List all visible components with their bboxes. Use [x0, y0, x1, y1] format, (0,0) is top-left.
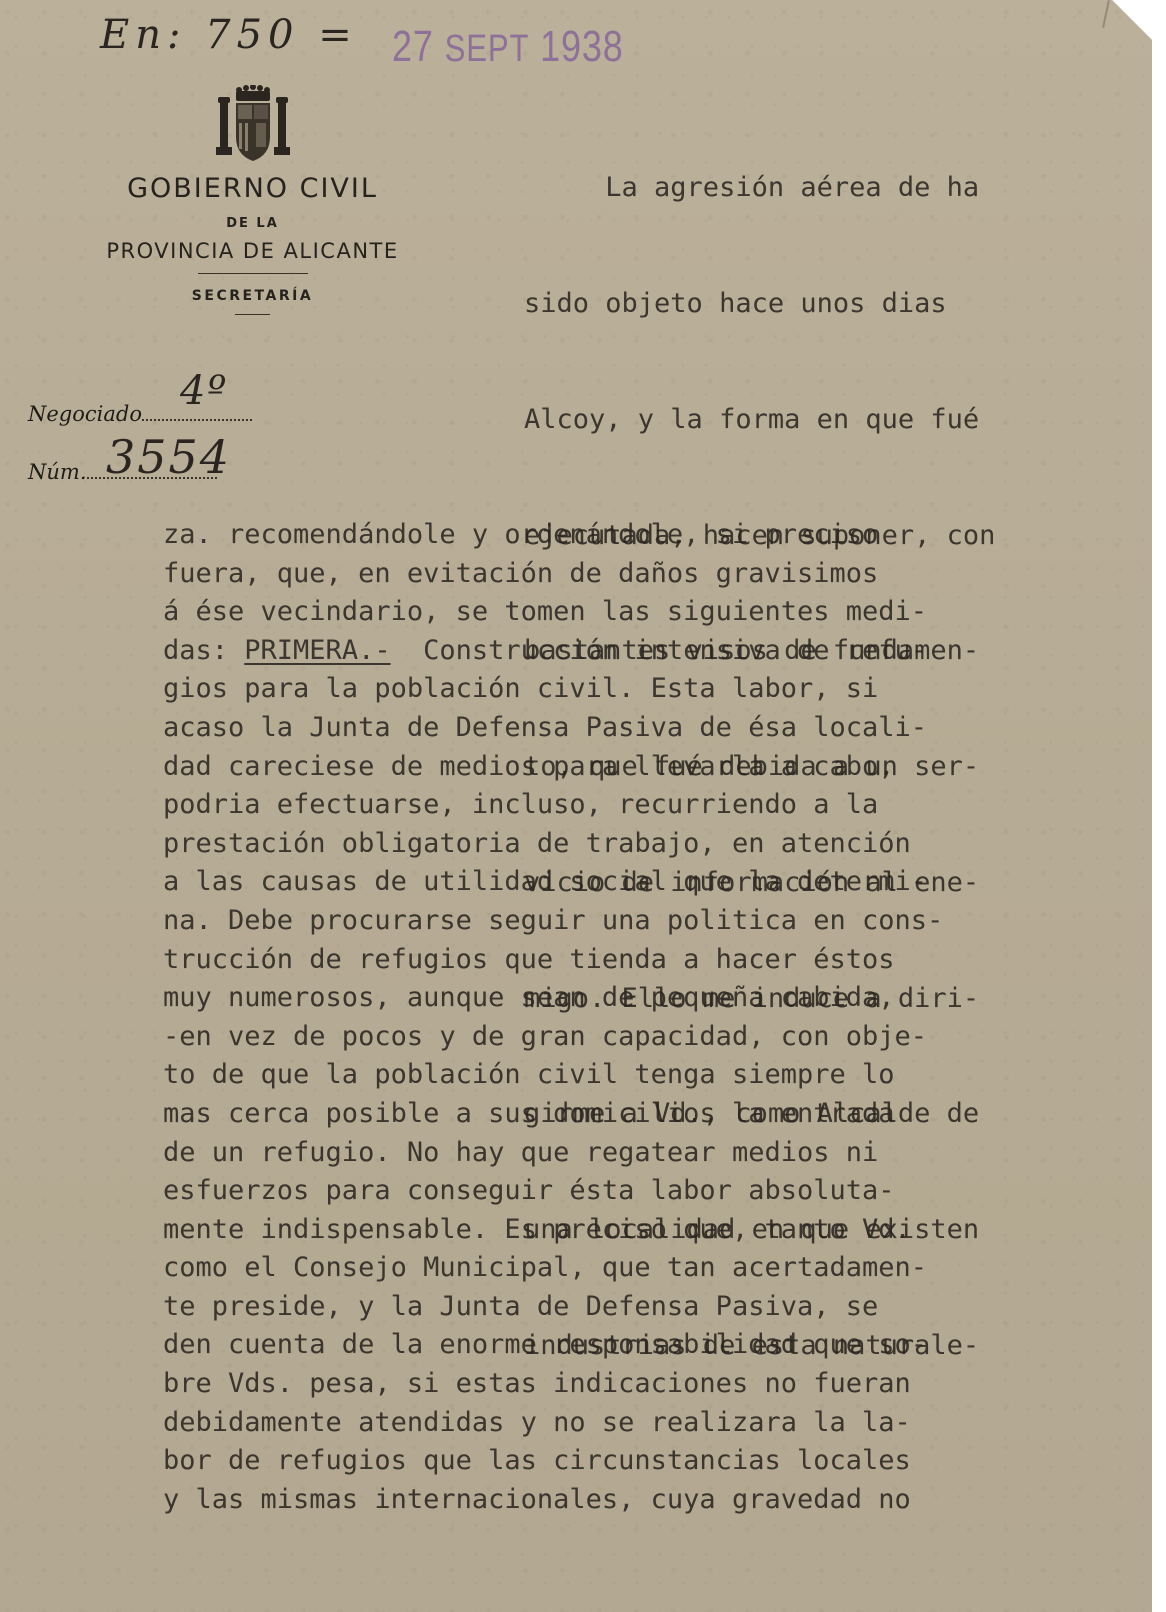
text-line: bre Vds. pesa, si estas indicaciones no … — [163, 1365, 943, 1404]
typed-body-full-width: za. recomendándole y ordenándole, si pre… — [163, 516, 943, 1519]
text-segment: das: — [163, 635, 244, 666]
text-segment: acaso la Junta de Defensa Pasiva de ésa … — [163, 712, 927, 743]
text-line: to de que la población civil tenga siemp… — [163, 1056, 943, 1095]
text-segment: to de que la población civil tenga siemp… — [163, 1059, 895, 1090]
stamp-month: SEPT — [445, 28, 530, 70]
handwritten-reference: En: 750 = — [100, 12, 358, 58]
text-segment: á ése vecindario, se tomen las siguiente… — [163, 596, 927, 627]
text-segment: te preside, y la Junta de Defensa Pasiva… — [163, 1291, 878, 1322]
letterhead-title: GOBIERNO CIVIL — [60, 173, 445, 204]
text-line: mas cerca posible a sus domicilios la en… — [163, 1095, 943, 1134]
spanish-coat-of-arms-icon — [208, 85, 298, 165]
text-line: bor de refugios que las circunstancias l… — [163, 1442, 943, 1481]
text-line: de un refugio. No hay que regatear medio… — [163, 1134, 943, 1173]
letterhead-subtitle: DE LA — [60, 216, 445, 231]
text-line: esfuerzos para conseguir ésta labor abso… — [163, 1172, 943, 1211]
text-segment: de un refugio. No hay que regatear medio… — [163, 1137, 878, 1168]
text-line: La agresión aérea de ha — [524, 169, 995, 208]
negociado-label: Negociado — [28, 402, 142, 426]
text-segment: y las mismas internacionales, cuya grave… — [163, 1484, 911, 1515]
text-segment: prestación obligatoria de trabajo, en at… — [163, 828, 911, 859]
text-line: na. Debe procurarse seguir una politica … — [163, 902, 943, 941]
letterhead-divider — [198, 273, 308, 274]
text-segment: bor de refugios que las circunstancias l… — [163, 1445, 911, 1476]
negociado-dotted-line — [142, 419, 252, 421]
date-stamp: 27 SEPT 1938 — [392, 22, 624, 72]
text-line: como el Consejo Municipal, que tan acert… — [163, 1249, 943, 1288]
numero-value: 3554 — [106, 430, 231, 484]
stamp-day: 27 — [392, 22, 434, 71]
text-segment: mas cerca posible a sus domicilios la en… — [163, 1098, 895, 1129]
stamp-year: 1938 — [540, 22, 624, 71]
text-segment: dad careciese de medios para llevarla a … — [163, 751, 895, 782]
text-line: trucción de refugios que tienda a hacer … — [163, 941, 943, 980]
text-segment: a las causas de utilidad social que la d… — [163, 866, 927, 897]
text-segment: Construcción intensiva de refu- — [391, 635, 927, 666]
text-line: gios para la población civil. Esta labor… — [163, 670, 943, 709]
text-line: den cuenta de la enorme responsabilidad … — [163, 1326, 943, 1365]
underlined-heading: PRIMERA.- — [244, 635, 390, 666]
letterhead-province: PROVINCIA DE ALICANTE — [60, 239, 445, 263]
text-line: acaso la Junta de Defensa Pasiva de ésa … — [163, 709, 943, 748]
text-segment: trucción de refugios que tienda a hacer … — [163, 944, 895, 975]
text-line: za. recomendándole y ordenándole, si pre… — [163, 516, 943, 555]
numero-label: Núm. — [28, 460, 87, 484]
text-segment: -en vez de pocos y de gran capacidad, co… — [163, 1021, 927, 1052]
text-line: te preside, y la Junta de Defensa Pasiva… — [163, 1288, 943, 1327]
negociado-value: 4º — [180, 368, 228, 414]
text-segment: bre Vds. pesa, si estas indicaciones no … — [163, 1368, 911, 1399]
text-segment: como el Consejo Municipal, que tan acert… — [163, 1252, 927, 1283]
text-segment: den cuenta de la enorme responsabilidad … — [163, 1329, 927, 1360]
text-segment: fuera, que, en evitación de daños gravis… — [163, 558, 878, 589]
text-segment: na. Debe procurarse seguir una politica … — [163, 905, 943, 936]
text-line: á ése vecindario, se tomen las siguiente… — [163, 593, 943, 632]
text-segment: gios para la población civil. Esta labor… — [163, 673, 878, 704]
text-line: y las mismas internacionales, cuya grave… — [163, 1481, 943, 1520]
text-line: prestación obligatoria de trabajo, en at… — [163, 825, 943, 864]
text-line: mente indispensable. Es preciso que, tan… — [163, 1211, 943, 1250]
text-segment: debidamente atendidas y no se realizara … — [163, 1407, 911, 1438]
paper-fold-crease — [1102, 0, 1110, 28]
document-page: En: 750 = 27 SEPT 1938 — [0, 0, 1152, 1612]
text-segment: esfuerzos para conseguir ésta labor abso… — [163, 1175, 895, 1206]
text-line: muy numerosos, aunque sean de pequeña ca… — [163, 979, 943, 1018]
letterhead-department: SECRETARÍA — [60, 288, 445, 304]
text-line: sido objeto hace unos dias — [524, 285, 995, 324]
text-line: dad careciese de medios para llevarla a … — [163, 748, 943, 787]
text-segment: muy numerosos, aunque sean de pequeña ca… — [163, 982, 895, 1013]
text-line: das: PRIMERA.- Construcción intensiva de… — [163, 632, 943, 671]
text-segment: za. recomendándole y ordenándole, si pre… — [163, 519, 878, 550]
text-line: a las causas de utilidad social que la d… — [163, 863, 943, 902]
text-segment: podria efectuarse, incluso, recurriendo … — [163, 789, 878, 820]
text-line: fuera, que, en evitación de daños gravis… — [163, 555, 943, 594]
text-line: debidamente atendidas y no se realizara … — [163, 1404, 943, 1443]
letterhead: GOBIERNO CIVIL DE LA PROVINCIA DE ALICAN… — [60, 85, 445, 315]
text-segment: mente indispensable. Es preciso que, tan… — [163, 1214, 911, 1245]
text-line: podria efectuarse, incluso, recurriendo … — [163, 786, 943, 825]
letterhead-divider-short — [235, 314, 270, 315]
text-line: Alcoy, y la forma en que fué — [524, 401, 995, 440]
text-line: -en vez de pocos y de gran capacidad, co… — [163, 1018, 943, 1057]
